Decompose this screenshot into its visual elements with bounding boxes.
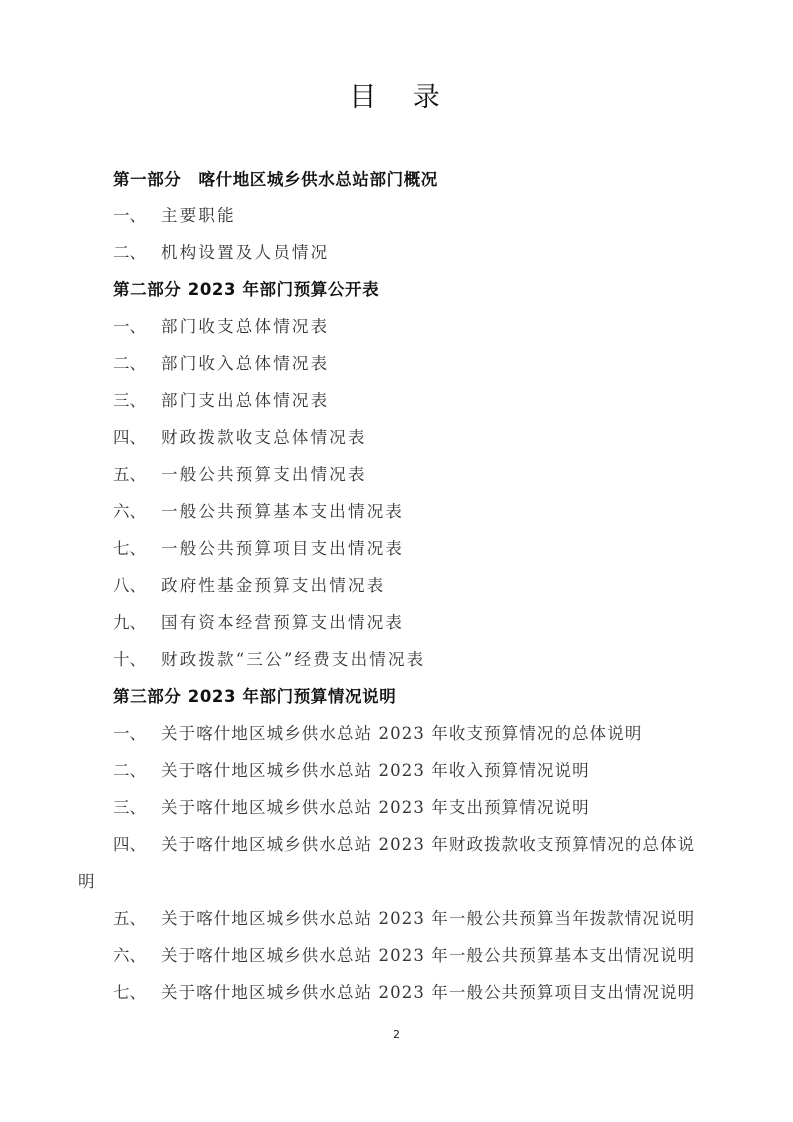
entry-text: 关于喀什地区城乡供水总站 2023 年收入预算情况说明 — [161, 761, 590, 780]
toc-entry[interactable]: 八、政府性基金预算支出情况表 — [113, 574, 385, 598]
entry-text: 关于喀什地区城乡供水总站 2023 年收支预算情况的总体说明 — [161, 724, 642, 743]
entry-number: 三、 — [113, 389, 161, 413]
toc-entry[interactable]: 六、关于喀什地区城乡供水总站 2023 年一般公共预算基本支出情况说明 — [113, 944, 695, 968]
toc-entry[interactable]: 十、财政拨款“三公”经费支出情况表 — [113, 648, 425, 672]
toc-entry[interactable]: 七、一般公共预算项目支出情况表 — [113, 537, 404, 561]
entry-text: 关于喀什地区城乡供水总站 2023 年支出预算情况说明 — [161, 798, 590, 817]
entry-number: 一、 — [113, 315, 161, 339]
entry-number: 十、 — [113, 648, 161, 672]
entry-number: 二、 — [113, 352, 161, 376]
entry-number: 一、 — [113, 204, 161, 228]
toc-entry[interactable]: 五、关于喀什地区城乡供水总站 2023 年一般公共预算当年拨款情况说明 — [113, 907, 695, 931]
part-2-heading[interactable]: 第二部分 2023 年部门预算公开表 — [113, 278, 379, 302]
entry-number: 五、 — [113, 907, 161, 931]
toc-entry[interactable]: 二、机构设置及人员情况 — [113, 241, 329, 265]
entry-number: 六、 — [113, 944, 161, 968]
entry-number: 六、 — [113, 500, 161, 524]
page-number: 2 — [0, 1028, 793, 1041]
toc-entry[interactable]: 三、部门支出总体情况表 — [113, 389, 329, 413]
entry-text: 关于喀什地区城乡供水总站 2023 年一般公共预算基本支出情况说明 — [161, 946, 695, 965]
toc-entry-wrap[interactable]: 明 — [78, 870, 95, 894]
entry-number: 八、 — [113, 574, 161, 598]
entry-number: 七、 — [113, 981, 161, 1005]
entry-text: 机构设置及人员情况 — [161, 243, 329, 262]
entry-number: 五、 — [113, 463, 161, 487]
entry-text: 关于喀什地区城乡供水总站 2023 年一般公共预算当年拨款情况说明 — [161, 909, 695, 928]
toc-entry[interactable]: 二、关于喀什地区城乡供水总站 2023 年收入预算情况说明 — [113, 759, 590, 783]
entry-number: 四、 — [113, 426, 161, 450]
entry-text: 政府性基金预算支出情况表 — [161, 576, 385, 595]
entry-number: 三、 — [113, 796, 161, 820]
toc-entry[interactable]: 三、关于喀什地区城乡供水总站 2023 年支出预算情况说明 — [113, 796, 590, 820]
entry-text: 一般公共预算支出情况表 — [161, 465, 367, 484]
toc-entry[interactable]: 一、关于喀什地区城乡供水总站 2023 年收支预算情况的总体说明 — [113, 722, 642, 746]
entry-number: 二、 — [113, 759, 161, 783]
toc-entry[interactable]: 一、部门收支总体情况表 — [113, 315, 329, 339]
entry-number: 七、 — [113, 537, 161, 561]
entry-number: 九、 — [113, 611, 161, 635]
part-1-heading[interactable]: 第一部分 喀什地区城乡供水总站部门概况 — [113, 168, 438, 192]
toc-entry[interactable]: 二、部门收入总体情况表 — [113, 352, 329, 376]
entry-text: 一般公共预算项目支出情况表 — [161, 539, 404, 558]
entry-number: 四、 — [113, 833, 161, 857]
toc-entry[interactable]: 五、一般公共预算支出情况表 — [113, 463, 367, 487]
part-3-heading[interactable]: 第三部分 2023 年部门预算情况说明 — [113, 685, 396, 709]
entry-text: 部门收入总体情况表 — [161, 354, 329, 373]
toc-entry[interactable]: 四、财政拨款收支总体情况表 — [113, 426, 367, 450]
toc-entry[interactable]: 六、一般公共预算基本支出情况表 — [113, 500, 404, 524]
entry-text: 国有资本经营预算支出情况表 — [161, 613, 404, 632]
entry-text: 关于喀什地区城乡供水总站 2023 年一般公共预算项目支出情况说明 — [161, 983, 695, 1002]
entry-text: 一般公共预算基本支出情况表 — [161, 502, 404, 521]
entry-text: 部门支出总体情况表 — [161, 391, 329, 410]
toc-entry[interactable]: 七、关于喀什地区城乡供水总站 2023 年一般公共预算项目支出情况说明 — [113, 981, 695, 1005]
entry-text: 关于喀什地区城乡供水总站 2023 年财政拨款收支预算情况的总体说 — [161, 835, 695, 854]
entry-text: 部门收支总体情况表 — [161, 317, 329, 336]
entry-text: 主要职能 — [161, 206, 236, 225]
toc-entry[interactable]: 四、关于喀什地区城乡供水总站 2023 年财政拨款收支预算情况的总体说 — [113, 833, 695, 857]
toc-title: 目 录 — [0, 80, 793, 116]
toc-entry[interactable]: 一、主要职能 — [113, 204, 236, 228]
toc-entry[interactable]: 九、国有资本经营预算支出情况表 — [113, 611, 404, 635]
entry-number: 二、 — [113, 241, 161, 265]
entry-text: 财政拨款收支总体情况表 — [161, 428, 367, 447]
entry-number: 一、 — [113, 722, 161, 746]
entry-text: 财政拨款“三公”经费支出情况表 — [161, 650, 425, 669]
